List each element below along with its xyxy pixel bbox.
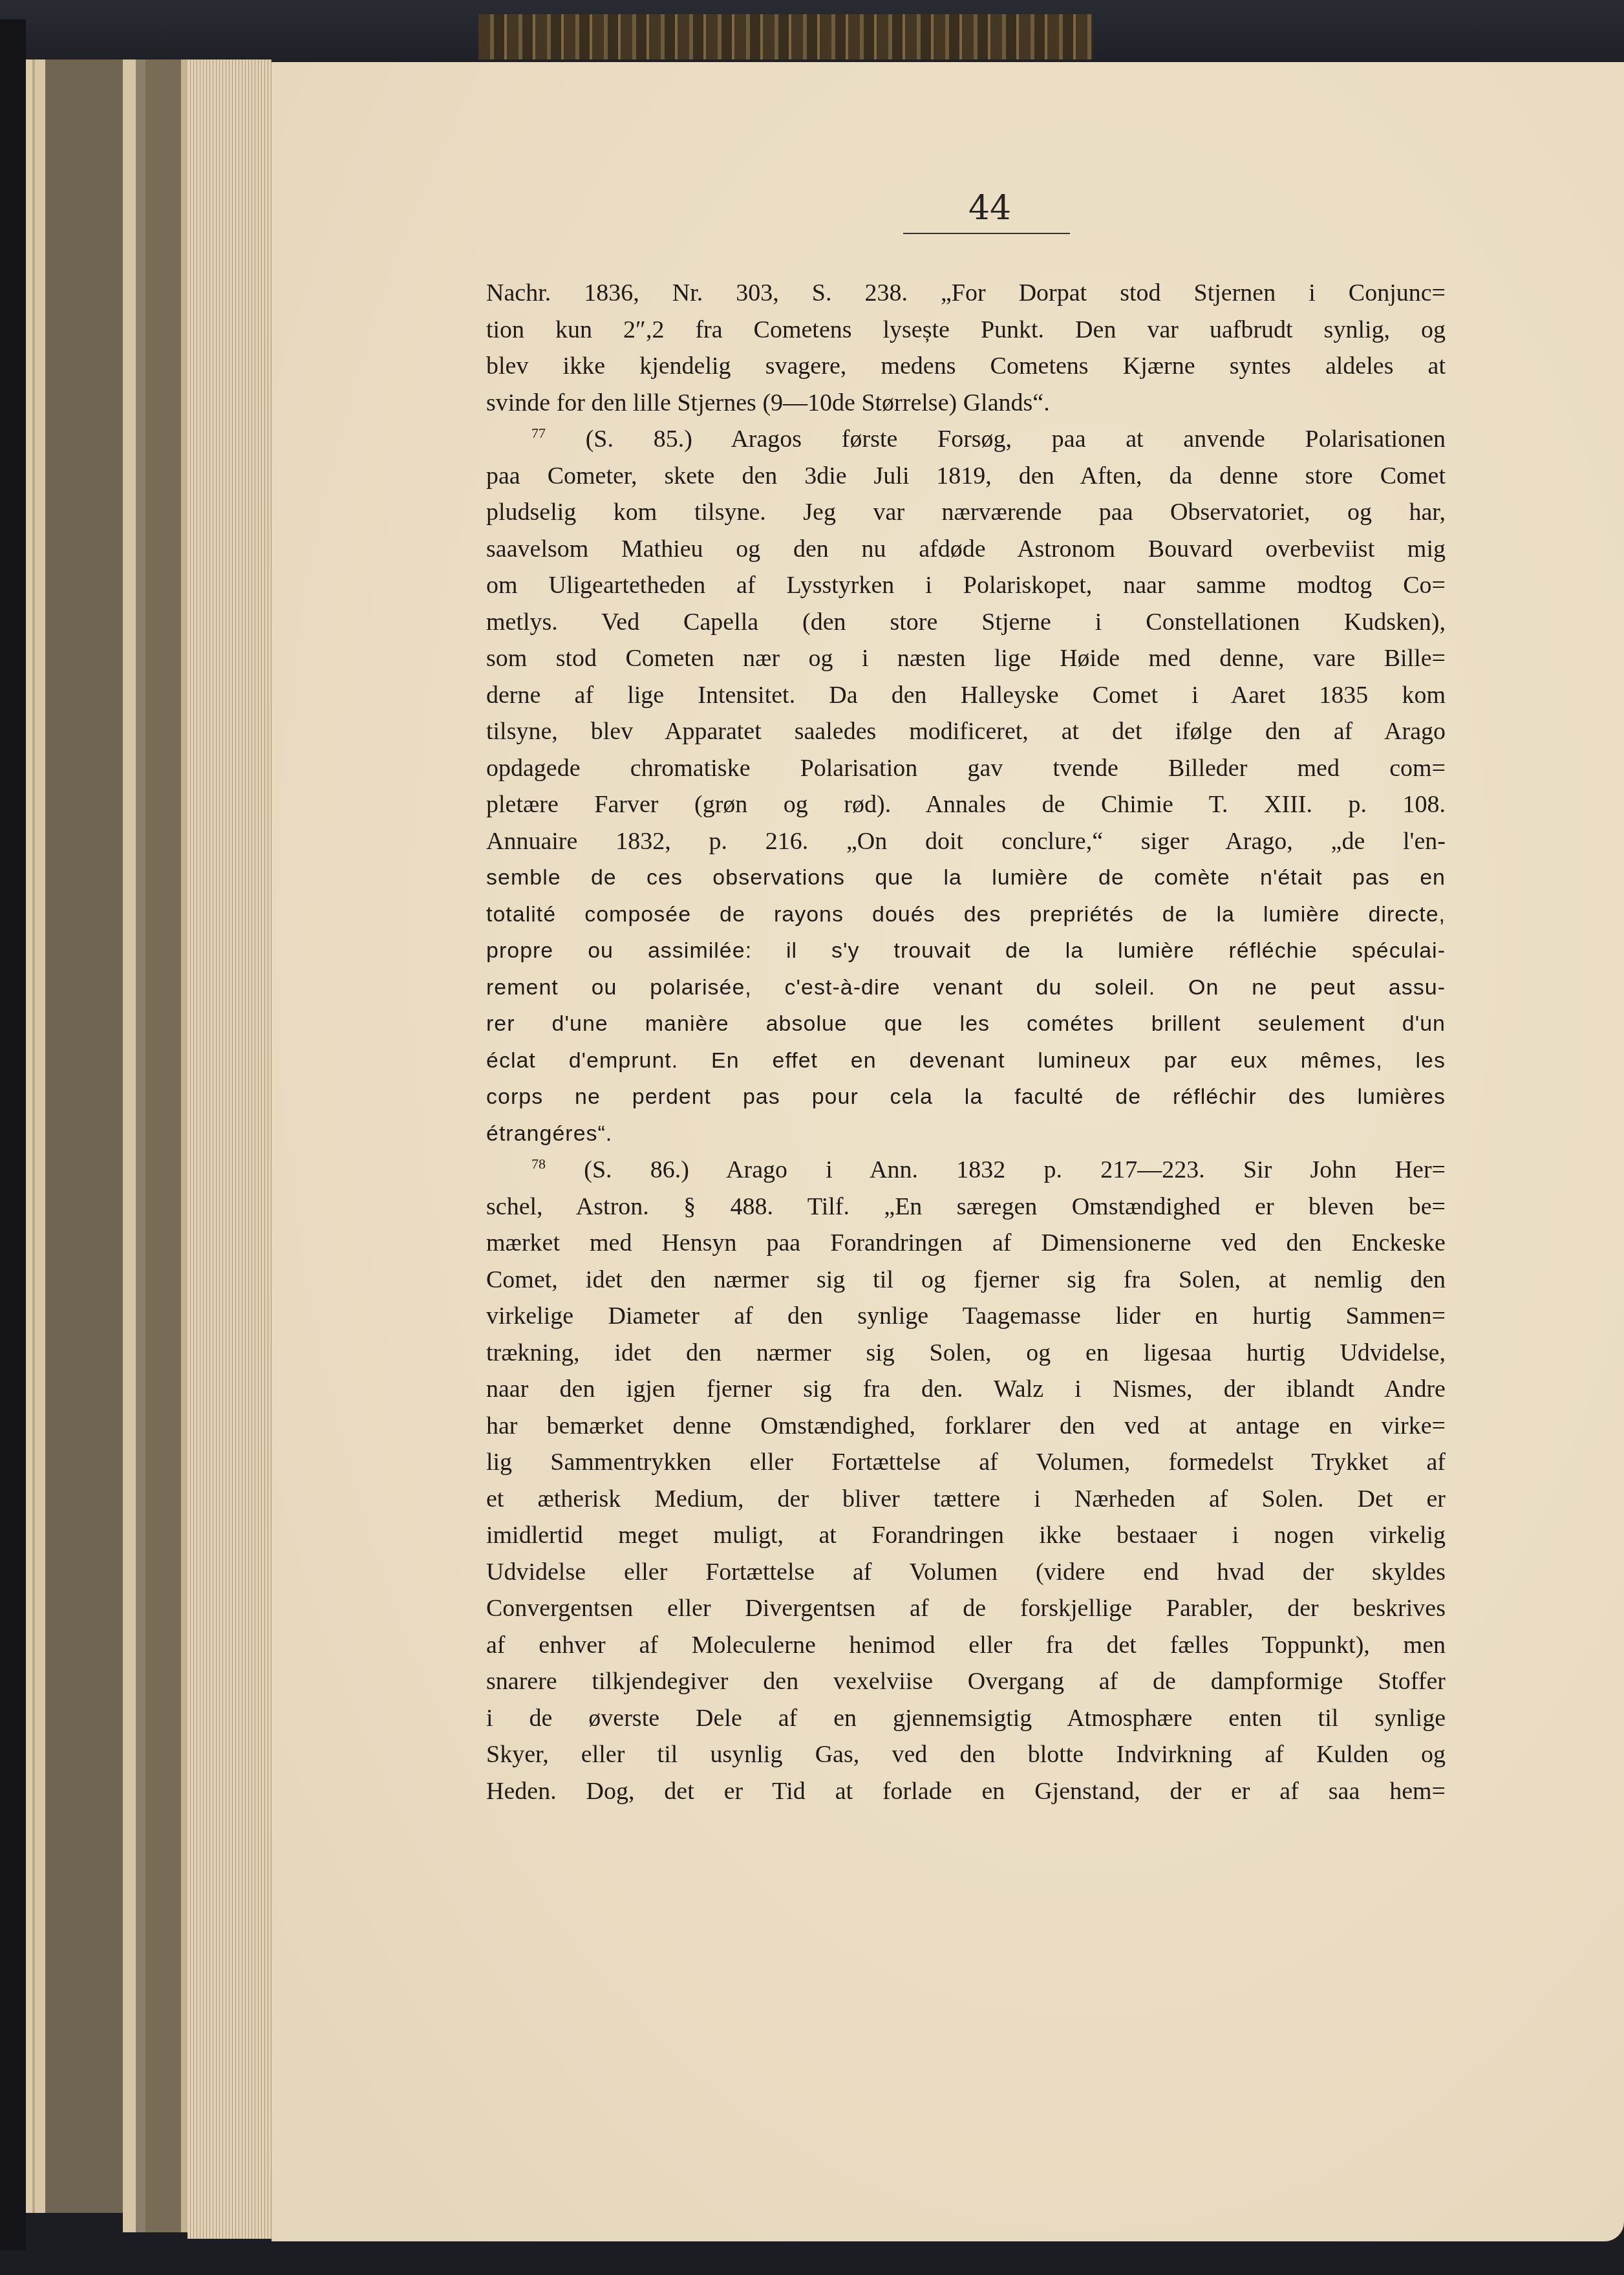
text-line: imidlertid meget muligt, at Forandringen…	[486, 1517, 1446, 1554]
text-line: éclat d'emprunt. En effet en devenant lu…	[486, 1042, 1446, 1079]
text-line: totalité composée de rayons doués des pr…	[486, 896, 1446, 933]
line-text: trækning, idet den nærmer sig Solen, og …	[486, 1339, 1446, 1366]
line-text: (S. 86.) Arago i Ann. 1832 p. 217—223. S…	[584, 1156, 1446, 1183]
book-cover-left	[0, 19, 26, 2250]
text-line: metlys. Ved Capella (den store Stjerne i…	[486, 604, 1446, 641]
line-text: semble de ces observations que la lumièr…	[486, 865, 1446, 890]
text-line: mærket med Hensyn paa Forandringen af Di…	[486, 1225, 1446, 1262]
line-text: pludselig kom tilsyne. Jeg var nærværend…	[486, 499, 1446, 526]
text-line: Annuaire 1832, p. 216. „On doit conclure…	[486, 823, 1446, 860]
text-line: Convergentsen eller Divergentsen af de f…	[486, 1590, 1446, 1627]
text-line: Nachr. 1836, Nr. 303, S. 238. „For Dorpa…	[486, 275, 1446, 312]
text-line: schel, Astron. § 488. Tilf. „En særegen …	[486, 1189, 1446, 1225]
page-stack-edge-outer	[26, 59, 123, 2213]
line-text: svinde for den lille Stjernes (9—10de St…	[486, 389, 1050, 416]
body-text: Nachr. 1836, Nr. 303, S. 238. „For Dorpa…	[486, 275, 1446, 1809]
text-line: om Uligeartetheden af Lysstyrken i Polar…	[486, 567, 1446, 604]
text-line: tion kun 2″,2 fra Cometens lysește Punkt…	[486, 312, 1446, 349]
text-line: svinde for den lille Stjernes (9—10de St…	[486, 385, 1446, 422]
line-text: lig Sammentrykken eller Fortættelse af V…	[486, 1449, 1446, 1476]
text-line: lig Sammentrykken eller Fortættelse af V…	[486, 1444, 1446, 1481]
line-text: tion kun 2″,2 fra Cometens lysește Punkt…	[486, 316, 1446, 343]
line-text: Convergentsen eller Divergentsen af de f…	[486, 1595, 1446, 1622]
text-line: trækning, idet den nærmer sig Solen, og …	[486, 1335, 1446, 1372]
text-line: derne af lige Intensitet. Da den Halleys…	[486, 677, 1446, 714]
text-line: corps ne perdent pas pour cela la facult…	[486, 1079, 1446, 1116]
text-line: rer d'une manière absolue que les cométe…	[486, 1006, 1446, 1042]
text-line: rement ou polarisée, c'est-à-dire venant…	[486, 969, 1446, 1006]
text-line: snarere tilkjendegiver den vexelviise Ov…	[486, 1663, 1446, 1700]
text-line: paa Cometer, skete den 3die Juli 1819, d…	[486, 458, 1446, 495]
text-line: har bemærket denne Omstændighed, forklar…	[486, 1408, 1446, 1445]
line-text: snarere tilkjendegiver den vexelviise Ov…	[486, 1668, 1446, 1695]
page-number: 44	[968, 189, 1007, 228]
text-line: naar den igjen fjerner sig fra den. Walz…	[486, 1371, 1446, 1408]
line-text: metlys. Ved Capella (den store Stjerne i…	[486, 609, 1446, 636]
line-text: tilsyne, blev Apparatet saaledes modific…	[486, 718, 1446, 745]
footnote-start-line: 77 (S. 85.) Aragos første Forsøg, paa at…	[486, 421, 1446, 458]
line-text: propre ou assimilée: il s'y trouvait de …	[486, 938, 1446, 963]
line-text: (S. 85.) Aragos første Forsøg, paa at an…	[586, 426, 1446, 453]
line-text: rer d'une manière absolue que les cométe…	[486, 1011, 1446, 1036]
page-stack-edge-middle	[123, 59, 187, 2232]
line-text: rement ou polarisée, c'est-à-dire venant…	[486, 975, 1446, 1000]
footnote-number: 78	[531, 1156, 546, 1172]
line-text: et ætherisk Medium, der bliver tættere i…	[486, 1485, 1446, 1513]
line-text: éclat d'emprunt. En effet en devenant lu…	[486, 1048, 1446, 1073]
line-text: étrangéres“.	[486, 1121, 612, 1146]
text-line: tilsyne, blev Apparatet saaledes modific…	[486, 713, 1446, 750]
line-text: som stod Cometen nær og i næsten lige Hø…	[486, 645, 1446, 672]
line-text: opdagede chromatiske Polarisation gav tv…	[486, 755, 1446, 782]
line-text: virkelige Diameter af den synlige Taagem…	[486, 1302, 1446, 1330]
text-line: Skyer, eller til usynlig Gas, ved den bl…	[486, 1736, 1446, 1773]
text-line: opdagede chromatiske Polarisation gav tv…	[486, 750, 1446, 787]
text-line: Comet, idet den nærmer sig til og fjerne…	[486, 1262, 1446, 1299]
line-text: har bemærket denne Omstændighed, forklar…	[486, 1412, 1446, 1439]
line-text: blev ikke kjendelig svagere, medens Come…	[486, 352, 1446, 380]
text-line: étrangéres“.	[486, 1116, 1446, 1152]
line-text: Heden. Dog, det er Tid at forlade en Gje…	[486, 1778, 1446, 1805]
text-line: pludselig kom tilsyne. Jeg var nærværend…	[486, 494, 1446, 531]
footnote-number: 77	[531, 425, 546, 441]
text-line: semble de ces observations que la lumièr…	[486, 859, 1446, 896]
line-text: naar den igjen fjerner sig fra den. Walz…	[486, 1375, 1446, 1403]
line-text: Nachr. 1836, Nr. 303, S. 238. „For Dorpa…	[486, 279, 1446, 307]
text-line: Heden. Dog, det er Tid at forlade en Gje…	[486, 1773, 1446, 1810]
line-text: totalité composée de rayons doués des pr…	[486, 902, 1446, 927]
line-text: Skyer, eller til usynlig Gas, ved den bl…	[486, 1741, 1446, 1768]
header-rule	[903, 233, 1070, 234]
text-line: pletære Farver (grøn og rød). Annales de…	[486, 786, 1446, 823]
line-text: Annuaire 1832, p. 216. „On doit conclure…	[486, 828, 1446, 855]
line-text: om Uligeartetheden af Lysstyrken i Polar…	[486, 572, 1446, 599]
line-text: paa Cometer, skete den 3die Juli 1819, d…	[486, 462, 1446, 490]
line-text: pletære Farver (grøn og rød). Annales de…	[486, 791, 1446, 818]
text-line: et ætherisk Medium, der bliver tættere i…	[486, 1481, 1446, 1518]
text-line: Udvidelse eller Fortættelse af Volumen (…	[486, 1554, 1446, 1591]
text-line: i de øverste Dele af en gjennemsigtig At…	[486, 1700, 1446, 1737]
line-text: corps ne perdent pas pour cela la facult…	[486, 1084, 1446, 1109]
line-text: saavelsom Mathieu og den nu afdøde Astro…	[486, 535, 1446, 563]
line-text: mærket med Hensyn paa Forandringen af Di…	[486, 1229, 1446, 1256]
text-line: virkelige Diameter af den synlige Taagem…	[486, 1298, 1446, 1335]
text-line: af enhver af Moleculerne henimod eller f…	[486, 1627, 1446, 1664]
line-text: schel, Astron. § 488. Tilf. „En særegen …	[486, 1193, 1446, 1220]
line-text: derne af lige Intensitet. Da den Halleys…	[486, 682, 1446, 709]
line-text: Udvidelse eller Fortættelse af Volumen (…	[486, 1558, 1446, 1586]
footnote-start-line: 78 (S. 86.) Arago i Ann. 1832 p. 217—223…	[486, 1152, 1446, 1189]
text-line: saavelsom Mathieu og den nu afdøde Astro…	[486, 531, 1446, 568]
line-text: Comet, idet den nærmer sig til og fjerne…	[486, 1266, 1446, 1293]
text-line: blev ikke kjendelig svagere, medens Come…	[486, 348, 1446, 385]
line-text: af enhver af Moleculerne henimod eller f…	[486, 1632, 1446, 1659]
line-text: i de øverste Dele af en gjennemsigtig At…	[486, 1705, 1446, 1732]
book-spine-marbled-edge	[478, 14, 1093, 59]
text-line: propre ou assimilée: il s'y trouvait de …	[486, 933, 1446, 969]
page-stack-edge-inner	[187, 59, 272, 2239]
text-line: som stod Cometen nær og i næsten lige Hø…	[486, 640, 1446, 677]
line-text: imidlertid meget muligt, at Forandringen…	[486, 1522, 1446, 1549]
